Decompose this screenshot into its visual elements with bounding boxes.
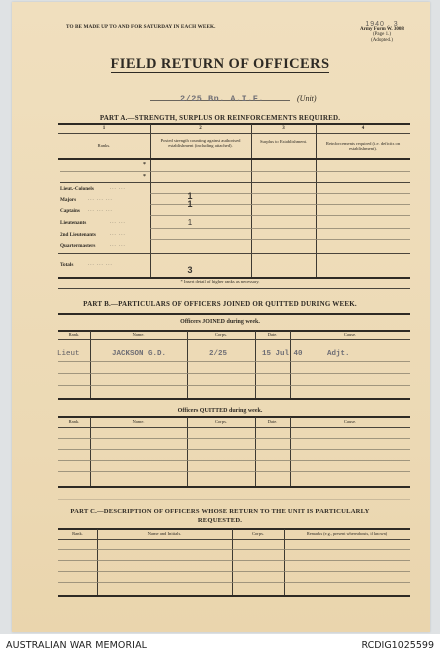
leader-dots: ... ... (110, 243, 126, 248)
divider (58, 595, 410, 597)
divider (58, 416, 410, 418)
leader-dots: ... ... ... (88, 197, 113, 202)
joined-rank-value: Lieut (57, 350, 80, 358)
part-c-col-name: Name and Initials. (97, 531, 232, 536)
row-line (58, 361, 410, 362)
rank-captains: Captains (60, 208, 80, 214)
joined-cause-value: Adjt. (327, 350, 350, 358)
form-number-block: 1940 . 3 Army Form W. 3008 (Page 1.) (Ad… (352, 22, 412, 43)
institution-caption: AUSTRALIAN WAR MEMORIAL (6, 640, 147, 651)
leader-dots: ... ... (110, 220, 126, 225)
col-number: 3 (251, 126, 316, 131)
col-divider (90, 331, 91, 399)
joined-col-name: Name. (90, 332, 187, 337)
part-b-heading: PART B.—PARTICULARS OF OFFICERS JOINED O… (0, 300, 440, 308)
divider (58, 123, 410, 125)
joined-col-corps: Corps. (187, 332, 255, 337)
part-c-col-corps: Corps. (232, 531, 284, 536)
leader-dots: ... ... (110, 186, 126, 191)
part-c-heading-line2: REQUESTED. (0, 517, 440, 524)
posted-totals: 3 (180, 265, 200, 275)
top-instruction: TO BE MADE UP TO AND FOR SATURDAY IN EAC… (66, 24, 216, 30)
totals-label: Totals (60, 262, 73, 268)
part-c-col-rank: Rank. (58, 531, 97, 536)
col-header-reinforcements: Reinforcements required (i.e. deficits o… (320, 141, 406, 151)
row-line (58, 582, 410, 583)
star-marker: * (143, 174, 146, 180)
divider (58, 528, 410, 530)
joined-col-date: Date. (255, 332, 290, 337)
row-line (58, 253, 410, 254)
divider (58, 288, 410, 289)
quitted-col-rank: Rank. (58, 419, 90, 424)
quitted-col-corps: Corps. (187, 419, 255, 424)
row-line (150, 239, 410, 240)
joined-col-rank: Rank. (58, 332, 90, 337)
col-header-posted-strength: Posted strength counting against authori… (152, 138, 249, 148)
quitted-title: Officers QUITTED during week. (0, 408, 440, 414)
part-a-heading: PART A.—STRENGTH, SURPLUS OR REINFORCEME… (0, 114, 440, 122)
leader-dots: ... ... (110, 232, 126, 237)
rank-quartermasters: Quartermasters (60, 243, 95, 249)
row-line (58, 427, 410, 428)
row-line (58, 539, 410, 540)
divider (58, 313, 410, 315)
joined-corps-value: 2/25 (209, 350, 227, 358)
row-line (150, 228, 410, 229)
col-divider (187, 331, 188, 399)
col-divider (290, 331, 291, 399)
divider (58, 398, 410, 400)
row-line (58, 385, 410, 386)
row-line (58, 460, 410, 461)
row-line (58, 438, 410, 439)
row-line (150, 215, 410, 216)
quitted-col-name: Name. (90, 419, 187, 424)
footnote: * Insert detail of higher ranks as neces… (0, 279, 440, 284)
rank-2nd-lieutenants: 2nd Lieutenants (60, 232, 96, 238)
col-number: 1 (58, 126, 150, 131)
unit-label: (Unit) (297, 94, 317, 103)
row-line (58, 339, 410, 340)
quitted-col-cause: Cause. (290, 419, 410, 424)
form-status: (Adopted.) (371, 38, 393, 43)
record-id: RCDIG1025599 (361, 640, 434, 651)
leader-dots: ... ... ... (88, 262, 113, 267)
posted-lieutenants: 1 (180, 218, 200, 227)
col-divider (150, 124, 151, 278)
star-marker: * (143, 162, 146, 168)
form-page: (Page 1.) (373, 32, 391, 37)
rank-lieut-colonels: Lieut.-Colonels (60, 186, 94, 192)
col-header-surplus: Surplus to Establishment. (256, 139, 311, 144)
page-title: FIELD RETURN OF OFFICERS (0, 56, 440, 73)
joined-date-value: 15 Jul 40 (262, 350, 303, 358)
row-line (60, 171, 410, 172)
joined-title: Officers JOINED during week. (0, 319, 440, 325)
divider (58, 486, 410, 488)
leader-dots: ... ... ... (88, 208, 113, 213)
divider (58, 158, 410, 160)
col-divider (255, 331, 256, 399)
unit-value: 2/25 Bn. A.I.F. (180, 94, 264, 104)
quitted-col-date: Date. (255, 419, 290, 424)
posted-captains: 1 (180, 199, 200, 209)
col-header-ranks: Ranks. (58, 143, 150, 148)
part-c-heading-line1: PART C.—DESCRIPTION OF OFFICERS WHOSE RE… (0, 508, 440, 515)
row-line (60, 182, 410, 183)
row-line (58, 549, 410, 550)
col-divider (316, 124, 317, 278)
joined-name-value: JACKSON G.D. (112, 350, 166, 358)
rank-lieutenants: Lieutenants (60, 220, 86, 226)
rank-majors: Majors (60, 197, 76, 203)
row-line (58, 449, 410, 450)
row-line (58, 560, 410, 561)
joined-col-cause: Cause. (290, 332, 410, 337)
col-divider (251, 124, 252, 278)
row-line (58, 471, 410, 472)
divider (58, 133, 410, 134)
fold-line (58, 499, 410, 500)
col-number: 2 (150, 126, 251, 131)
part-c-col-remarks: Remarks (e.g., present whereabouts, if k… (284, 531, 410, 536)
row-line (58, 373, 410, 374)
row-line (58, 571, 410, 572)
col-number: 4 (316, 126, 410, 131)
